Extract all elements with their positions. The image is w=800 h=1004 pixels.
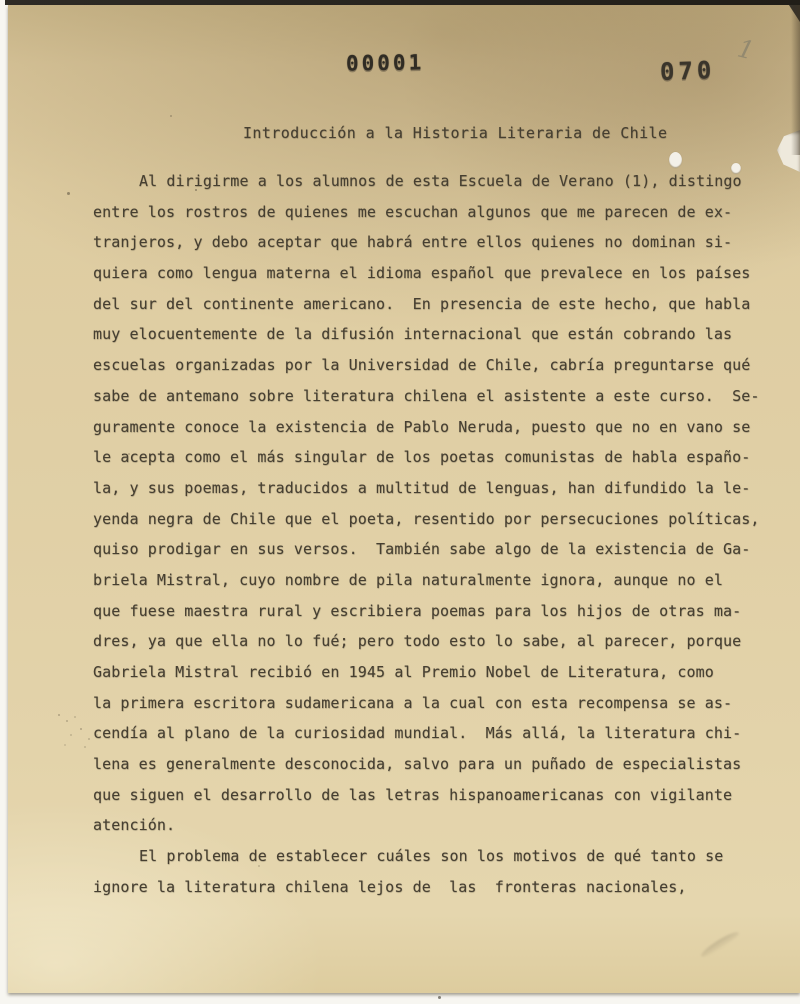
text-line: del sur del continente americano. En pre… bbox=[93, 289, 783, 320]
document-title: Introducción a la Historia Literaria de … bbox=[243, 124, 667, 142]
text-line: ignore la literatura chilena lejos de la… bbox=[93, 872, 783, 903]
text-line: la primera escritora sudamericana a la c… bbox=[93, 688, 783, 719]
text-line: tranjeros, y debo aceptar que habrá entr… bbox=[93, 227, 783, 258]
text-line: cendía al plano de la curiosidad mundial… bbox=[93, 718, 783, 749]
text-line: escuelas organizadas por la Universidad … bbox=[93, 350, 783, 381]
paper-speck bbox=[170, 115, 172, 117]
text-line: quiso prodigar en sus versos. También sa… bbox=[93, 534, 783, 565]
archive-number-stamp: 070 bbox=[660, 56, 716, 86]
serial-number-stamp: 00001 bbox=[346, 50, 425, 75]
text-line: quiera como lengua materna el idioma esp… bbox=[93, 258, 783, 289]
text-line: entre los rostros de quienes me escuchan… bbox=[93, 197, 783, 228]
text-line: guramente conoce la existencia de Pablo … bbox=[93, 412, 783, 443]
scanner-bed-speck bbox=[438, 996, 441, 999]
text-line: le acepta como el más singular de los po… bbox=[93, 442, 783, 473]
paper-speck bbox=[67, 192, 70, 195]
paper-speck bbox=[316, 575, 318, 577]
pencil-smudge bbox=[699, 929, 741, 960]
text-line: que fuese maestra rural y escribiera poe… bbox=[93, 596, 783, 627]
text-line: muy elocuentemente de la difusión intern… bbox=[93, 319, 783, 350]
paper-speck bbox=[128, 453, 130, 455]
handwritten-page-number: 1 bbox=[735, 34, 757, 66]
pencil-smudge bbox=[58, 714, 60, 716]
text-line: Al dirigirme a los alumnos de esta Escue… bbox=[93, 166, 783, 197]
paper-speck bbox=[548, 305, 550, 307]
text-line: Gabriela Mistral recibió en 1945 al Prem… bbox=[93, 657, 783, 688]
paper-speck bbox=[688, 645, 690, 647]
text-line: la, y sus poemas, traducidos a multitud … bbox=[93, 473, 783, 504]
paper-sheet: 00001 070 1 Introducción a la Historia L… bbox=[8, 5, 800, 993]
text-line: yenda negra de Chile que el poeta, resen… bbox=[93, 504, 783, 535]
text-line: sabe de antemano sobre literatura chilen… bbox=[93, 381, 783, 412]
scanned-page: 00001 070 1 Introducción a la Historia L… bbox=[0, 0, 800, 1004]
document-body: Al dirigirme a los alumnos de esta Escue… bbox=[93, 166, 783, 903]
text-line: que siguen el desarrollo de las letras h… bbox=[93, 780, 783, 811]
text-line: El problema de establecer cuáles son los… bbox=[93, 841, 783, 872]
paper-speck bbox=[195, 189, 197, 191]
paper-speck bbox=[258, 865, 260, 867]
text-line: briela Mistral, cuyo nombre de pila natu… bbox=[93, 565, 783, 596]
paper-hole bbox=[731, 163, 741, 174]
paper-hole bbox=[669, 152, 682, 168]
text-line: dres, ya que ella no lo fué; pero todo e… bbox=[93, 626, 783, 657]
text-line: atención. bbox=[93, 810, 783, 841]
text-line: lena es generalmente desconocida, salvo … bbox=[93, 749, 783, 780]
paper-corner-shadow bbox=[787, 5, 800, 22]
